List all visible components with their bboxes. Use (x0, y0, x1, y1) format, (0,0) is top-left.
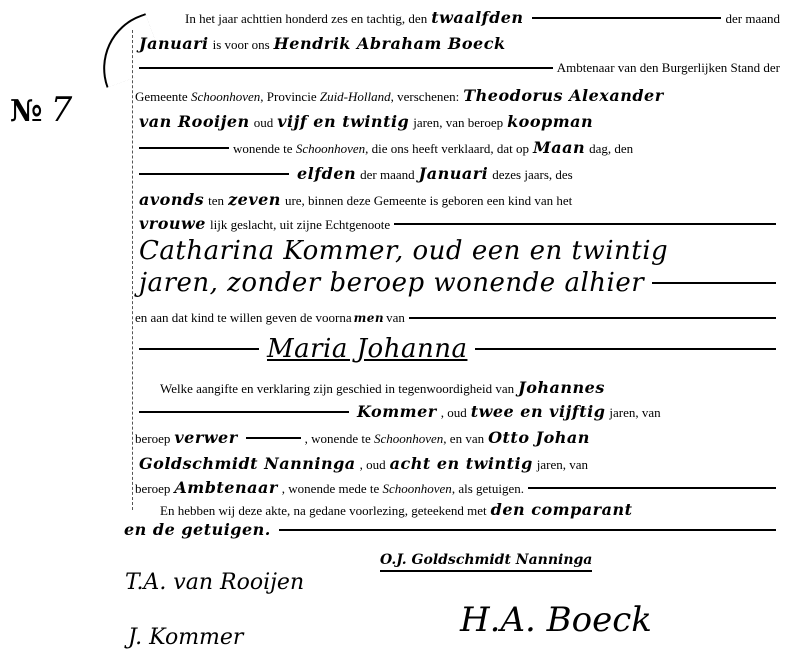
printed-text: beroep (135, 431, 170, 447)
margin-rule (132, 30, 133, 510)
signature-declarant: T.A. van Rooijen (125, 570, 304, 595)
fill-line (279, 529, 776, 531)
handwritten-mother: Catharina Kommer, oud een en twintig (139, 236, 668, 266)
printed-text: jaren, van (609, 405, 660, 421)
line-1: In het jaar achttien honderd zes en tach… (185, 8, 780, 27)
fill-line (246, 437, 301, 439)
signature-witness1: J. Kommer (128, 625, 243, 650)
fill-line (139, 411, 349, 413)
signature-official: H.A. Boeck (460, 600, 652, 640)
handwritten-official: Hendrik Abraham Boeck (274, 34, 506, 53)
printed-text: Ambtenaar van den Burgerlijken Stand der (557, 60, 780, 76)
printed-text: , wonende mede te (282, 481, 379, 497)
birth-certificate-page: №7 In het jaar achttien honderd zes en t… (0, 0, 800, 667)
line-19: En hebben wij deze akte, na gedane voorl… (160, 500, 780, 519)
handwritten-witness1-occupation: verwer (174, 428, 237, 447)
printed-text: is voor ons (213, 37, 270, 53)
printed-text: En hebben wij deze akte, na gedane voorl… (160, 503, 487, 519)
handwritten-sex: vrouwe (139, 214, 206, 233)
line-13: Maria Johanna (135, 334, 780, 364)
printed-text: beroep (135, 481, 170, 497)
printed-text: , verschenen: (391, 89, 460, 105)
fill-line (532, 17, 722, 19)
fill-line (139, 147, 229, 149)
handwritten-weekday: Maan (533, 138, 585, 157)
handwritten-witness1-surname: Kommer (357, 402, 437, 421)
signature-witness2: O.J. Goldschmidt Nanninga (380, 552, 592, 572)
printed-text: Gemeente (135, 89, 188, 105)
fill-line (139, 173, 289, 175)
line-16: beroep verwer , wonende te Schoonhoven ,… (135, 428, 780, 447)
handwritten-witness2-surname: Goldschmidt Nanninga (139, 454, 356, 473)
line-9: vrouwe lijk geslacht, uit zijne Echtgeno… (135, 214, 780, 233)
printed-text: ten (208, 193, 224, 209)
printed-text: wonende te (233, 141, 293, 157)
line-10: Catharina Kommer, oud een en twintig (135, 236, 780, 266)
printed-text: jaren, van beroep (413, 115, 503, 131)
handwritten-witness2-age: acht en twintig (390, 454, 533, 473)
line-5: van Rooijen oud vijf en twintig jaren, v… (135, 112, 780, 131)
printed-text: jaren, van (537, 457, 588, 473)
printed-text: Welke aangifte en verklaring zijn geschi… (160, 381, 514, 397)
handwritten-witness2-occupation: Ambtenaar (174, 478, 277, 497)
line-7: elfden der maand Januari dezes jaars, de… (135, 164, 780, 183)
fill-line (528, 487, 776, 489)
number-label: № (10, 94, 43, 129)
line-15: Kommer , oud twee en vijftig jaren, van (135, 402, 780, 421)
line-4: Gemeente Schoonhoven , Provincie Zuid-Ho… (135, 86, 780, 105)
handwritten-child-name: Maria Johanna (267, 334, 467, 364)
printed-text: en aan dat kind te willen geven de voorn… (135, 310, 352, 326)
handwritten-time-of-day: avonds (139, 190, 204, 209)
handwritten-witness2-first: Otto Johan (488, 428, 590, 447)
handwritten-signers-cont: en de getuigen. (124, 520, 271, 539)
handwritten-witness1-first: Johannes (518, 378, 605, 397)
line-6: wonende te Schoonhoven , die ons heeft v… (135, 138, 780, 157)
printed-municipality: Schoonhoven (383, 481, 452, 497)
handwritten-declarant: Theodorus Alexander (463, 86, 663, 105)
printed-text: , en van (443, 431, 484, 447)
line-20: en de getuigen. (120, 520, 780, 539)
line-18: beroep Ambtenaar , wonende mede te Schoo… (135, 478, 780, 497)
printed-text: van (386, 310, 405, 326)
printed-text: der maand (360, 167, 415, 183)
handwritten-birth-day: elfden (297, 164, 356, 183)
handwritten-age: vijf en twintig (277, 112, 409, 131)
handwritten-hour: zeven (228, 190, 281, 209)
line-12: en aan dat kind te willen geven de voorn… (135, 310, 780, 326)
printed-municipality: Schoonhoven (374, 431, 443, 447)
handwritten-witness1-age: twee en vijftig (471, 402, 606, 421)
handwritten-signers: den comparant (491, 500, 633, 519)
printed-province: Zuid-Holland (320, 89, 391, 105)
fill-line (409, 317, 776, 319)
printed-text: , oud (360, 457, 386, 473)
fill-line (475, 348, 776, 350)
line-11: jaren, zonder beroep wonende alhier (135, 268, 780, 298)
handwritten-mother-details: jaren, zonder beroep wonende alhier (139, 268, 644, 298)
fill-line (652, 282, 776, 284)
number-value: 7 (51, 90, 73, 130)
line-3: Ambtenaar van den Burgerlijken Stand der (135, 60, 780, 76)
handwritten-suffix: men (354, 311, 385, 325)
certificate-number: №7 (10, 90, 72, 130)
printed-text: oud (254, 115, 274, 131)
printed-text: In het jaar achttien honderd zes en tach… (185, 11, 427, 27)
line-14: Welke aangifte en verklaring zijn geschi… (160, 378, 780, 397)
printed-text: , wonende te (305, 431, 371, 447)
handwritten-birth-month: Januari (419, 164, 489, 183)
printed-text: ure, binnen deze Gemeente is geboren een… (285, 193, 572, 209)
printed-municipality: Schoonhoven (191, 89, 260, 105)
printed-text: , als getuigen. (452, 481, 524, 497)
fill-line (139, 67, 553, 69)
printed-text: , die ons heeft verklaard, dat op (365, 141, 529, 157)
fill-line (139, 348, 259, 350)
printed-text: dezes jaars, des (492, 167, 573, 183)
handwritten-occupation: koopman (507, 112, 593, 131)
line-8: avonds ten zeven ure, binnen deze Gemeen… (135, 190, 780, 209)
handwritten-month: Januari (139, 34, 209, 53)
fill-line (394, 223, 776, 225)
handwritten-day: twaalfden (431, 8, 523, 27)
printed-text: dag, den (589, 141, 633, 157)
printed-text: lijk geslacht, uit zijne Echtgenoote (210, 217, 390, 233)
printed-text: , oud (441, 405, 467, 421)
printed-text: , Provincie (260, 89, 316, 105)
handwritten-surname: van Rooijen (139, 112, 250, 131)
line-17: Goldschmidt Nanninga , oud acht en twint… (135, 454, 780, 473)
line-2: Januari is voor ons Hendrik Abraham Boec… (135, 34, 780, 53)
printed-text: der maand (725, 11, 780, 27)
printed-municipality: Schoonhoven (296, 141, 365, 157)
